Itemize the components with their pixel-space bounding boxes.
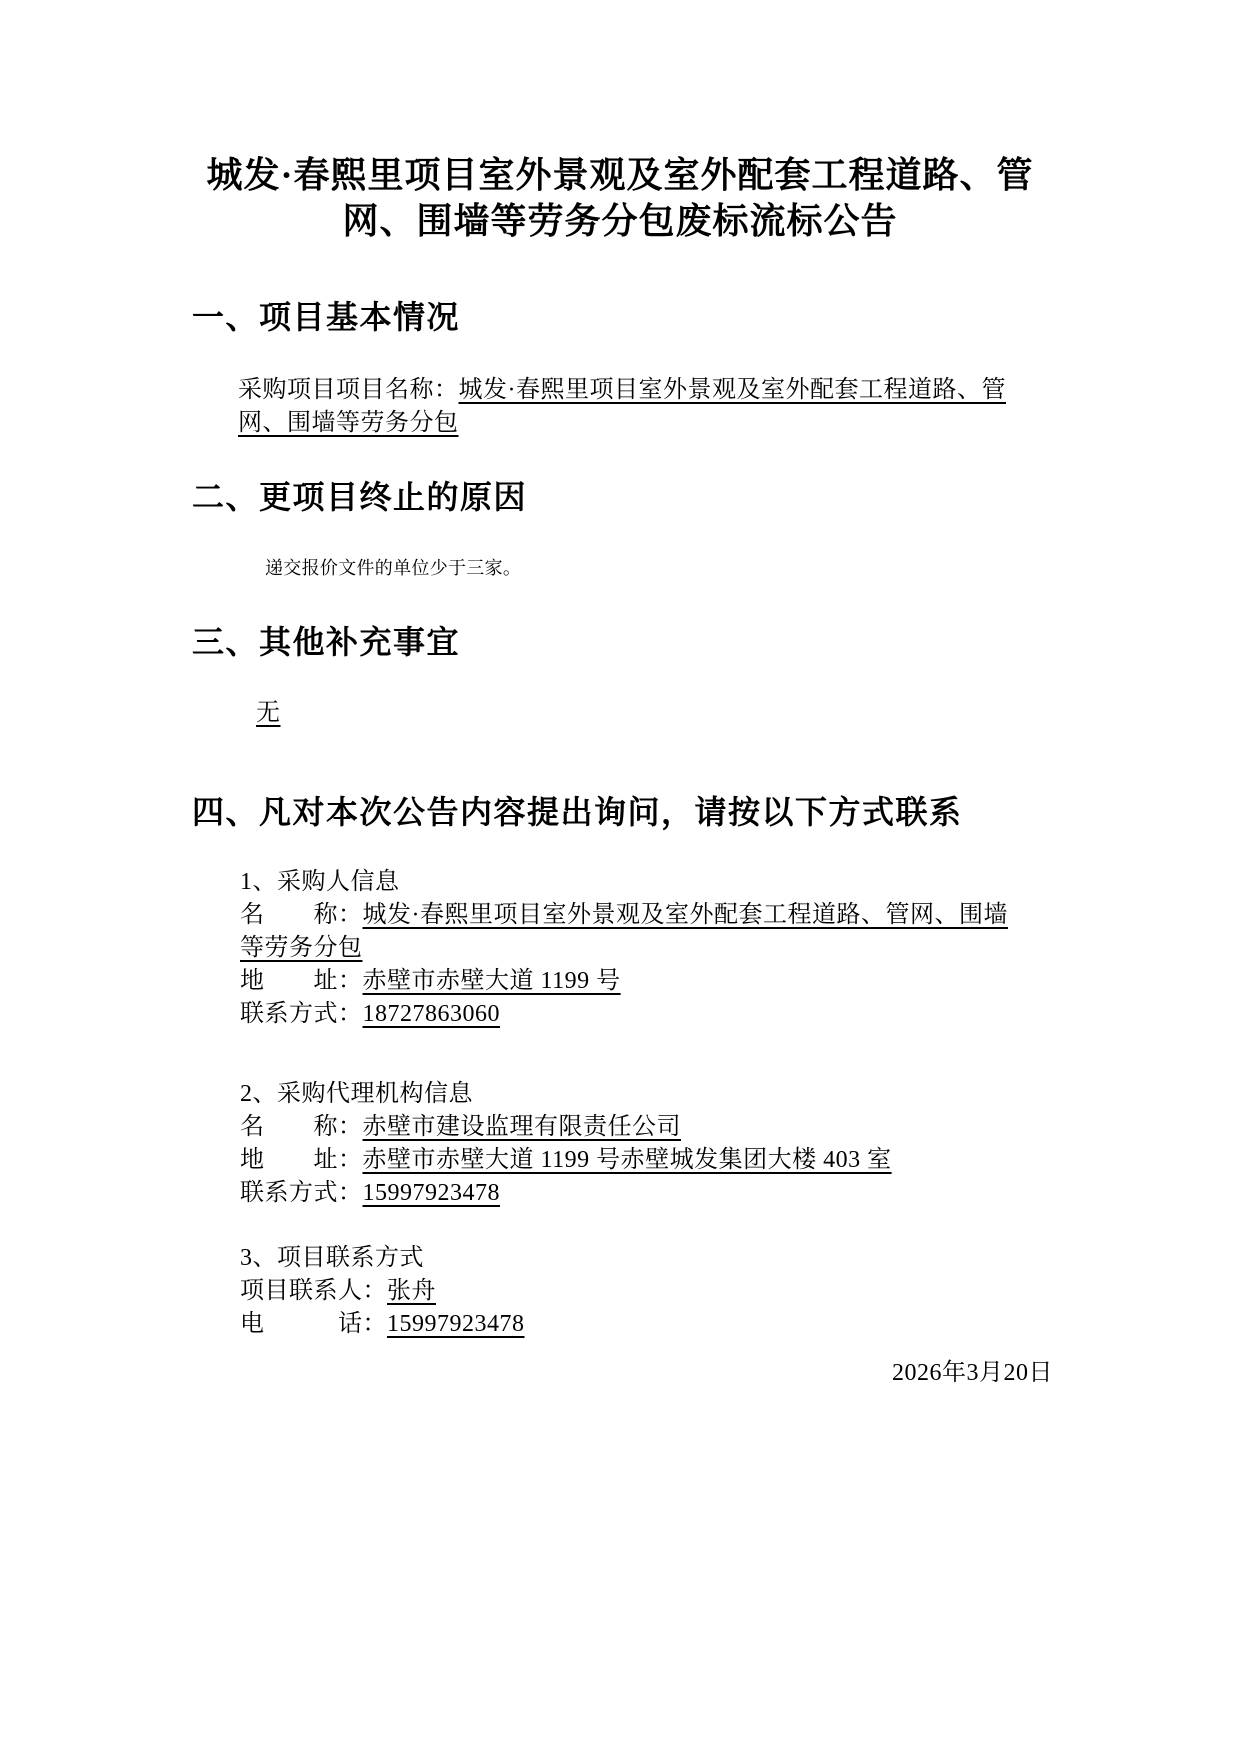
buyer-address-label: 地 址： (240, 968, 363, 994)
buyer-phone-label: 联系方式： (240, 1001, 363, 1027)
buyer-name-line1: 名 称：城发·春熙里项目室外景观及室外配套工程道路、管网、围墙 (240, 899, 1008, 932)
project-tel-row: 电 话：15997923478 (240, 1308, 525, 1341)
agency-address-value: 赤壁市赤壁大道 1199 号赤壁城发集团大楼 403 室 (363, 1147, 892, 1173)
project-tel-label: 电 话： (240, 1311, 387, 1337)
project-name-value-line2: 网、围墙等劳务分包 (238, 410, 459, 436)
page-title-line1: 城发·春熙里项目室外景观及室外配套工程道路、管 (0, 152, 1240, 198)
buyer-address-row: 地 址：赤壁市赤壁大道 1199 号 (240, 965, 1008, 998)
agency-block-title: 2、采购代理机构信息 (240, 1078, 892, 1111)
termination-reason-text: 递交报价文件的单位少于三家。 (265, 556, 521, 580)
section-1-heading: 一、项目基本情况 (192, 296, 460, 338)
buyer-block-title: 1、采购人信息 (240, 866, 1008, 899)
project-person-row: 项目联系人：张舟 (240, 1275, 525, 1308)
project-person-label: 项目联系人： (240, 1278, 387, 1304)
buyer-phone-row: 联系方式：18727863060 (240, 998, 1008, 1031)
project-person-value: 张舟 (387, 1278, 436, 1304)
buyer-info-block: 1、采购人信息 名 称：城发·春熙里项目室外景观及室外配套工程道路、管网、围墙 … (240, 866, 1008, 1031)
supplementary-value: 无 (256, 700, 281, 726)
agency-address-row: 地 址：赤壁市赤壁大道 1199 号赤壁城发集团大楼 403 室 (240, 1144, 892, 1177)
page-title: 城发·春熙里项目室外景观及室外配套工程道路、管 网、围墙等劳务分包废标流标公告 (0, 152, 1240, 244)
buyer-name-value-line2: 等劳务分包 (240, 935, 363, 961)
agency-phone-label: 联系方式： (240, 1180, 363, 1206)
project-name-line2: 网、围墙等劳务分包 (238, 407, 1068, 440)
buyer-phone-value: 18727863060 (363, 1001, 501, 1027)
agency-phone-row: 联系方式：15997923478 (240, 1177, 892, 1210)
agency-name-label: 名 称： (240, 1114, 363, 1140)
section-4-heading: 四、凡对本次公告内容提出询问，请按以下方式联系 (192, 791, 963, 833)
project-contact-title: 3、项目联系方式 (240, 1242, 525, 1275)
project-name-paragraph: 采购项目项目名称：城发·春熙里项目室外景观及室外配套工程道路、管 网、围墙等劳务… (238, 374, 1068, 440)
buyer-address-value: 赤壁市赤壁大道 1199 号 (363, 968, 621, 994)
agency-name-row: 名 称：赤壁市建设监理有限责任公司 (240, 1111, 892, 1144)
supplementary-text: 无 (256, 697, 281, 730)
agency-name-value: 赤壁市建设监理有限责任公司 (363, 1114, 682, 1140)
project-name-line1: 采购项目项目名称：城发·春熙里项目室外景观及室外配套工程道路、管 (238, 374, 1068, 407)
project-contact-block: 3、项目联系方式 项目联系人：张舟 电 话：15997923478 (240, 1242, 525, 1341)
page-title-line2: 网、围墙等劳务分包废标流标公告 (0, 198, 1240, 244)
project-name-value-line1: 城发·春熙里项目室外景观及室外配套工程道路、管 (459, 377, 1007, 403)
section-2-heading: 二、更项目终止的原因 (192, 476, 527, 518)
buyer-name-value-line1: 城发·春熙里项目室外景观及室外配套工程道路、管网、围墙 (363, 902, 1009, 928)
buyer-name-line2: 等劳务分包 (240, 932, 1008, 965)
agency-info-block: 2、采购代理机构信息 名 称：赤壁市建设监理有限责任公司 地 址：赤壁市赤壁大道… (240, 1078, 892, 1210)
section-3-heading: 三、其他补充事宜 (192, 621, 460, 663)
document-date: 2026年3月20日 (892, 1352, 1053, 1387)
buyer-name-label: 名 称： (240, 902, 363, 928)
document-page: 城发·春熙里项目室外景观及室外配套工程道路、管 网、围墙等劳务分包废标流标公告 … (0, 0, 1240, 1753)
project-name-label: 采购项目项目名称： (238, 377, 459, 403)
project-tel-value: 15997923478 (387, 1311, 525, 1337)
agency-phone-value: 15997923478 (363, 1180, 501, 1206)
agency-address-label: 地 址： (240, 1147, 363, 1173)
